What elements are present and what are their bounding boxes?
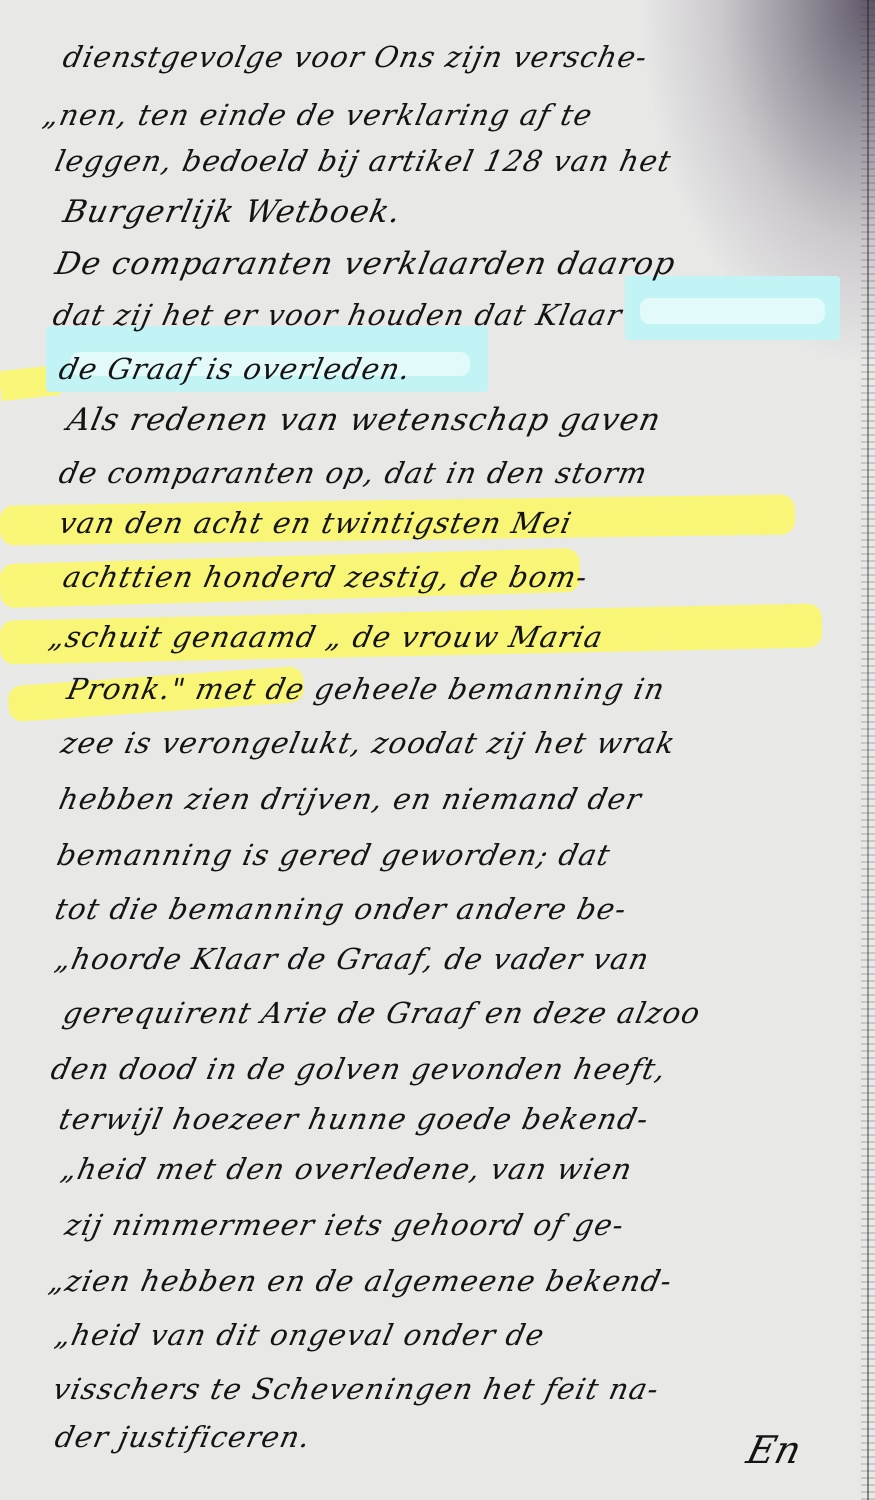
text-line: gerequirent Arie de Graaf en deze alzoo	[60, 996, 704, 1030]
scanned-page: dienstgevolge voor Ons zijn versche- „ne…	[0, 0, 875, 1500]
text-line: bemanning is gered geworden; dat	[54, 838, 614, 872]
text-line: dat zij het er voor houden dat Klaar	[50, 298, 626, 332]
text-line: „heid met den overledene, van wien	[58, 1152, 636, 1186]
text-line: zij nimmermeer iets gehoord of ge-	[62, 1208, 628, 1242]
text-line: Als redenen van wetenschap gaven	[64, 402, 665, 438]
text-line: Pronk." met de geheele bemanning in	[64, 672, 669, 706]
text-line: hebben zien drijven, en niemand der	[56, 782, 645, 816]
text-line: „nen, ten einde de verklaring af te	[40, 98, 596, 132]
text-line: terwijl hoezeer hunne goede bekend-	[56, 1102, 652, 1136]
text-line: tot die bemanning onder andere be-	[52, 892, 630, 926]
highlight-yellow-overleden-tail	[0, 365, 61, 401]
text-line: De comparanten verklaarden daarop	[52, 246, 679, 282]
text-line: „zien hebben en de algemeene bekend-	[46, 1264, 676, 1298]
text-line: „hoorde Klaar de Graaf, de vader van	[52, 942, 653, 976]
text-line: der justificeren.	[52, 1420, 314, 1454]
closing-word: En	[743, 1428, 806, 1472]
text-line: Burgerlijk Wetboek.	[60, 194, 405, 230]
text-line: van den acht en twintigsten Mei	[56, 506, 575, 540]
text-line: de Graaf is overleden.	[56, 352, 414, 386]
text-line: achttien honderd zestig, de bom-	[60, 560, 591, 594]
text-line: de comparanten op, dat in den storm	[56, 456, 651, 490]
text-line: „schuit genaamd „ de vrouw Maria	[46, 620, 607, 654]
highlight-cyan-klaar-glare	[640, 298, 825, 324]
text-line: visschers te Scheveningen het feit na-	[50, 1372, 663, 1406]
highlight-cyan-klaar	[625, 276, 840, 340]
text-line: dienstgevolge voor Ons zijn versche-	[60, 40, 651, 74]
text-line: „heid van dit ongeval onder de	[52, 1318, 548, 1352]
text-line: leggen, bedoeld bij artikel 128 van het	[52, 144, 675, 178]
text-line: den dood in de golven gevonden heeft,	[48, 1052, 670, 1086]
scan-noise-corner	[645, 0, 875, 360]
page-edge-line	[867, 0, 869, 1500]
text-line: zee is verongelukt, zoodat zij het wrak	[58, 726, 679, 760]
